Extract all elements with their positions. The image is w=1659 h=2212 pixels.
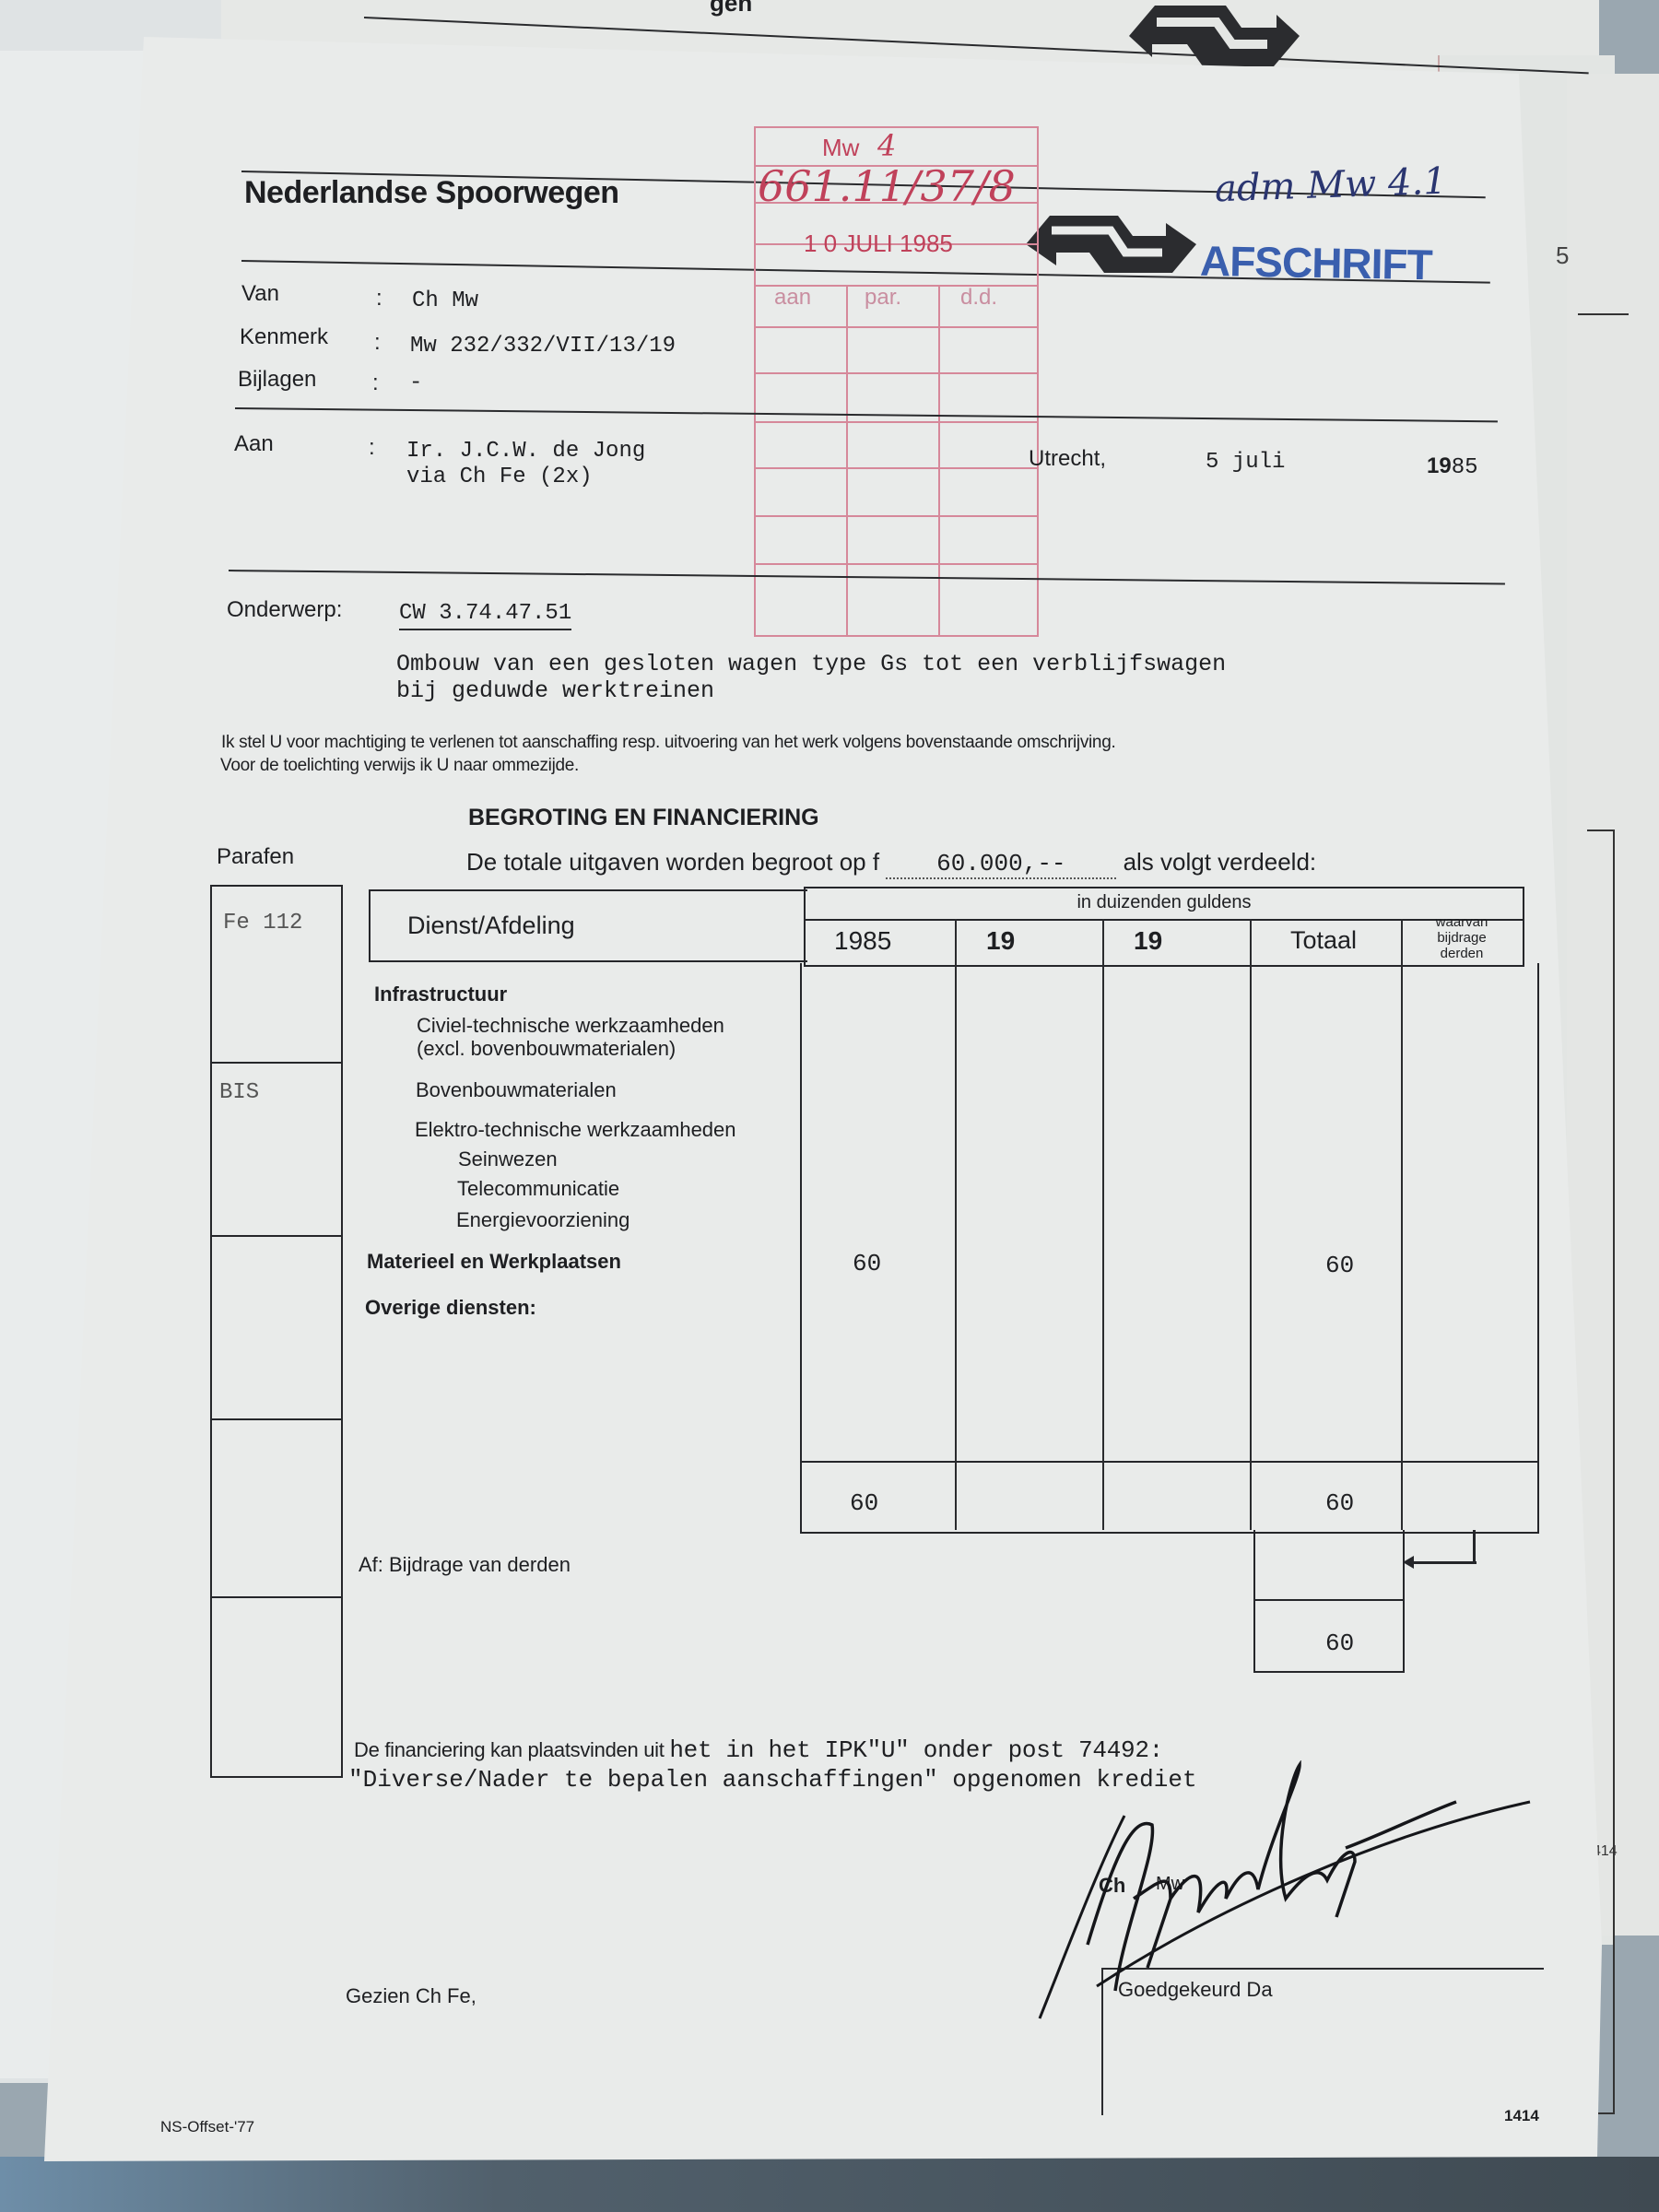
category-label: Energievoorziening [456,1208,629,1232]
field-colon: : [376,286,382,312]
col-header-year-2: 19 [986,926,1015,956]
budget-total-line: De totale uitgaven worden begroot op f 6… [466,848,1316,879]
contrib-header-line: waarvan [1405,914,1519,930]
col-header-contribution: waarvan bijdrage derden [1405,914,1519,961]
col-header-year-3: 19 [1134,926,1162,956]
parafen-column: Fe 112 BIS [210,885,343,1778]
contrib-header-line: bijdrage [1405,930,1519,946]
receipt-stamp: Mw 4 661.11/37/8 1 0 JULI 1985 aan par. … [754,126,1039,637]
stamp-col-par: par. [865,285,901,311]
table-totals-row [800,1461,1539,1534]
contribution-label: Af: Bijdrage van derden [359,1553,571,1577]
unit-caption: in duizenden guldens [806,888,1523,913]
parafen-label: Parafen [217,844,294,870]
signature-icon [1032,1760,1548,2046]
field-colon: : [369,435,375,461]
col-divider [1250,919,1252,1530]
letter-year: 1985 [1427,453,1478,480]
financing-prefix: De financiering kan plaatsvinden uit [354,1738,665,1761]
seen-label: Gezien Ch Fe, [346,1984,477,2008]
request-line-1: Ik stel U voor machtiging te verlenen to… [221,733,1115,753]
col-header-total: Totaal [1290,926,1357,955]
addressee-line-1: Ir. J.C.W. de Jong [406,439,645,464]
year-suffix: 85 [1452,455,1478,480]
budget-total-suffix: als volgt verdeeld: [1124,848,1317,876]
arrow-line [1410,1561,1477,1564]
dept-header-box: Dienst/Afdeling [369,889,807,962]
field-value-bijlagen: - [409,371,422,395]
field-label-kenmerk: Kenmerk [240,324,328,350]
materieel-total: 60 [1325,1252,1354,1279]
field-label-van: Van [241,281,279,307]
arrow-stem [1473,1530,1481,1562]
dept-header: Dienst/Afdeling [407,912,575,940]
budget-title: BEGROTING EN FINANCIERING [468,805,819,831]
col-divider [1102,919,1104,1530]
totals-1985: 60 [850,1489,878,1517]
contrib-header-line: derden [1405,946,1519,961]
totals-total: 60 [1325,1489,1354,1517]
copy-stamp: AFSCHRIFT [1200,236,1433,289]
budget-total-prefix: De totale uitgaven worden begroot op f [466,848,879,876]
desk-surface [0,2157,1659,2212]
organisation-name: Nederlandse Spoorwegen [244,175,619,211]
arrow-head-icon [1403,1556,1414,1569]
background-rule [1578,313,1629,315]
subject-line-1: Ombouw van een gesloten wagen type Gs to… [396,651,1226,677]
addressee-line-2: via Ch Fe (2x) [406,465,593,489]
field-value-van: Ch Mw [412,288,478,313]
category-label: Infrastructuur [374,982,507,1006]
parafen-box-1: Fe 112 [223,911,302,935]
stamp-dept-number: 4 [877,128,896,163]
year-prefix: 19 [1427,453,1452,478]
table-body [800,963,1539,1463]
letter-date: 5 juli [1206,450,1285,475]
subject-label: Onderwerp: [227,597,342,623]
stamp-col-aan: aan [774,285,811,311]
net-total: 60 [1325,1630,1354,1657]
col-divider [1401,919,1403,1530]
category-label: Civiel-technische werkzaamheden [417,1014,724,1038]
materieel-1985: 60 [853,1250,881,1277]
category-label: Bovenbouwmaterialen [416,1078,617,1102]
stamp-date: 1 0 JULI 1985 [804,229,953,258]
addressee-label: Aan [234,431,274,457]
form-number: 1414 [1504,2107,1539,2125]
stamp-department: Mw [822,134,859,162]
category-label: Materieel en Werkplaatsen [367,1250,621,1274]
background-fragment-5: 5 [1556,241,1569,270]
category-label: (excl. bovenbouwmaterialen) [417,1037,676,1061]
ns-logo-icon [1026,212,1196,276]
background-ns-logo-icon [1129,2,1300,71]
field-label-bijlagen: Bijlagen [238,367,316,393]
contribution-divider [1253,1599,1403,1601]
subject-code: CW 3.74.47.51 [399,601,571,630]
handwritten-note: adm Mw 4.1 [1214,160,1447,211]
parafen-box-2: BIS [219,1080,259,1105]
category-label: Seinwezen [458,1147,558,1171]
col-header-year-1: 1985 [834,926,891,956]
category-label: Elektro-technische werkzaamheden [415,1118,736,1142]
budget-total-amount: 60.000,-- [886,850,1116,879]
subject-line-2: bij geduwde werktreinen [396,677,714,704]
stamp-col-dd: d.d. [960,285,997,311]
col-divider [955,919,957,1530]
category-label: Overige diensten: [365,1296,536,1320]
place: Utrecht, [1029,446,1106,472]
printer-mark: NS-Offset-'77 [160,2118,254,2136]
field-colon: : [374,330,381,356]
request-line-2: Voor de toelichting verwijs ik U naar om… [220,756,579,776]
stamp-file-number: 661.11/37/8 [758,161,1016,211]
field-colon: : [372,371,379,396]
field-value-kenmerk: Mw 232/332/VII/13/19 [410,334,676,359]
category-label: Telecommunicatie [457,1177,619,1201]
background-fragment-text: gen [710,0,752,18]
